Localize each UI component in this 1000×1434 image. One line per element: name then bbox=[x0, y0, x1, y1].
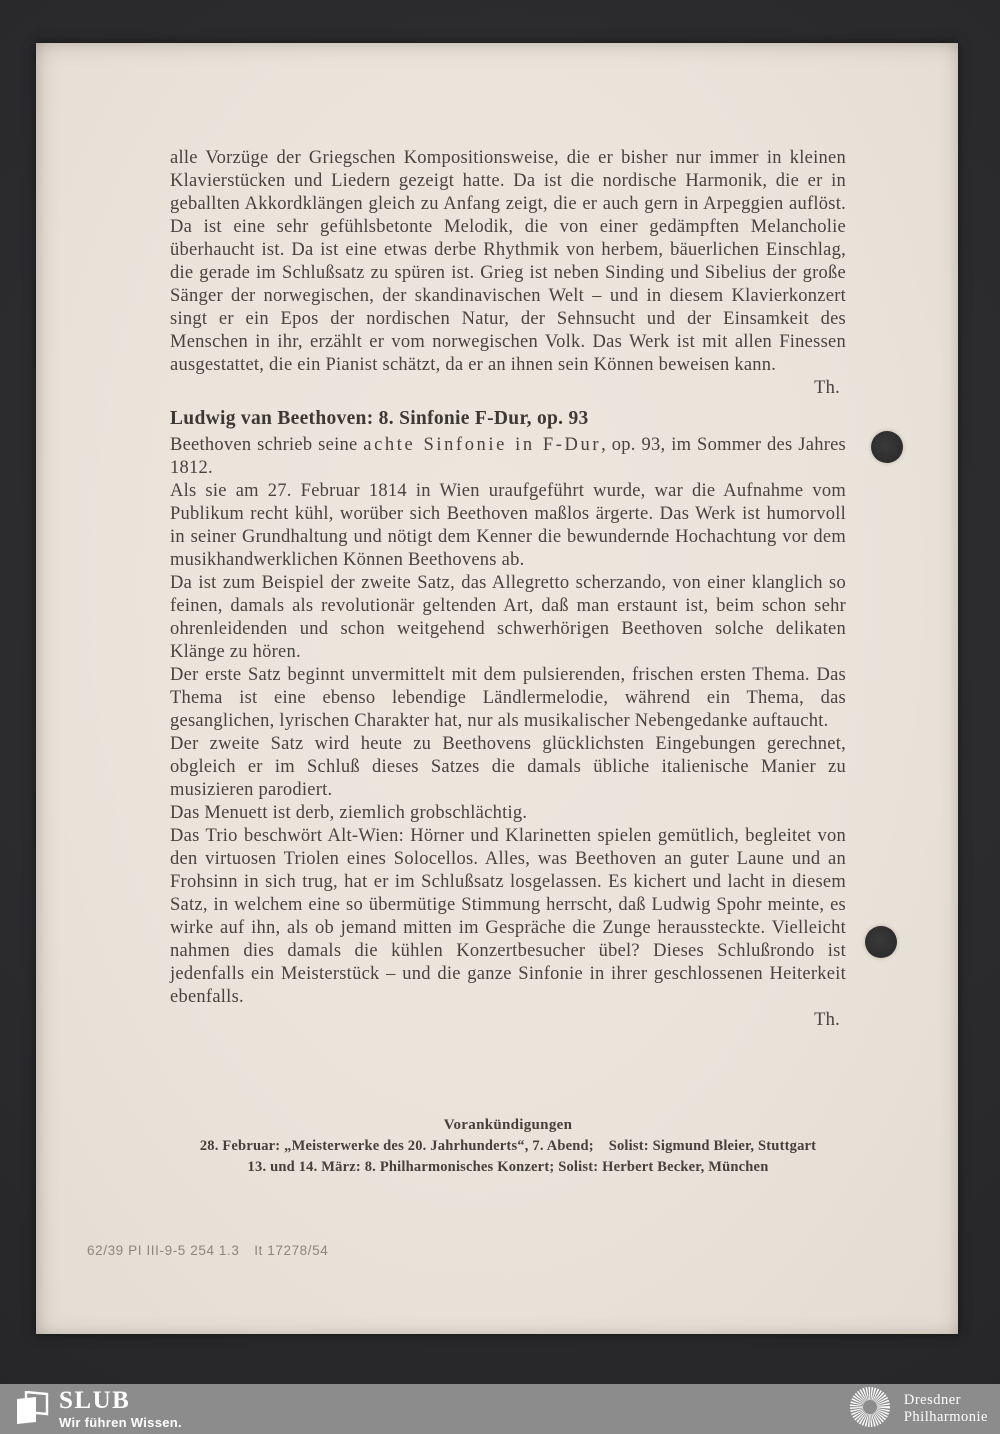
slub-tagline: Wir führen Wissen. bbox=[59, 1415, 182, 1431]
slub-name: SLUB bbox=[59, 1388, 182, 1413]
punch-hole-bottom bbox=[865, 926, 897, 958]
main-text-block: alle Vorzüge der Griegschen Kompositions… bbox=[170, 147, 846, 1032]
body-paragraph: Der erste Satz beginnt unvermittelt mit … bbox=[170, 664, 846, 733]
announcement-line: 13. und 14. März: 8. Philharmonisches Ko… bbox=[170, 1157, 846, 1178]
beethoven-intro-paragraph: Beethoven schrieb seine achte Sinfonie i… bbox=[170, 434, 846, 480]
body-paragraph: Da ist zum Beispiel der zweite Satz, das… bbox=[170, 572, 846, 664]
announcements-section: Vorankündigungen 28. Februar: „Meisterwe… bbox=[170, 1115, 846, 1178]
punch-hole-top bbox=[871, 431, 903, 463]
announcement-line: 28. Februar: „Meisterwerke des 20. Jahrh… bbox=[170, 1136, 846, 1157]
body-paragraph: Das Trio beschwört Alt-Wien: Hörner und … bbox=[170, 825, 846, 1009]
body-paragraph: Als sie am 27. Februar 1814 in Wien urau… bbox=[170, 480, 846, 572]
body-paragraph: Das Menuett ist derb, ziemlich grobschlä… bbox=[170, 802, 846, 825]
slub-logo: SLUB Wir führen Wissen. bbox=[14, 1388, 182, 1431]
philharmonie-name-line1: Dresdner bbox=[904, 1392, 961, 1408]
scanned-page: alle Vorzüge der Griegschen Kompositions… bbox=[36, 43, 958, 1334]
announcements-title: Vorankündigungen bbox=[170, 1115, 846, 1136]
viewer-background: alle Vorzüge der Griegschen Kompositions… bbox=[0, 0, 1000, 1434]
intro-pre-text: Beethoven schrieb seine bbox=[170, 435, 363, 455]
philharmonie-name-line2: Philharmonie bbox=[904, 1409, 988, 1425]
grieg-continuation-paragraph: alle Vorzüge der Griegschen Kompositions… bbox=[170, 147, 846, 377]
branding-footer-bar: SLUB Wir führen Wissen. Dresdner Philhar… bbox=[0, 1384, 1000, 1434]
book-icon bbox=[14, 1391, 50, 1430]
catalog-number: 62/39 PI III-9-5 254 1.3 It 17278/54 bbox=[87, 1243, 328, 1258]
author-signature: Th. bbox=[170, 377, 846, 400]
dresdner-philharmonie-logo: Dresdner Philharmonie bbox=[847, 1384, 988, 1434]
slub-text: SLUB Wir führen Wissen. bbox=[59, 1388, 182, 1431]
intro-spaced-text: achte Sinfonie in F-Dur bbox=[363, 435, 601, 455]
philharmonie-name: Dresdner Philharmonie bbox=[904, 1392, 988, 1426]
beethoven-heading: Ludwig van Beethoven: 8. Sinfonie F-Dur,… bbox=[170, 407, 846, 431]
body-paragraph: Der zweite Satz wird heute zu Beethovens… bbox=[170, 733, 846, 802]
starburst-icon bbox=[847, 1384, 893, 1434]
author-signature: Th. bbox=[170, 1009, 846, 1032]
